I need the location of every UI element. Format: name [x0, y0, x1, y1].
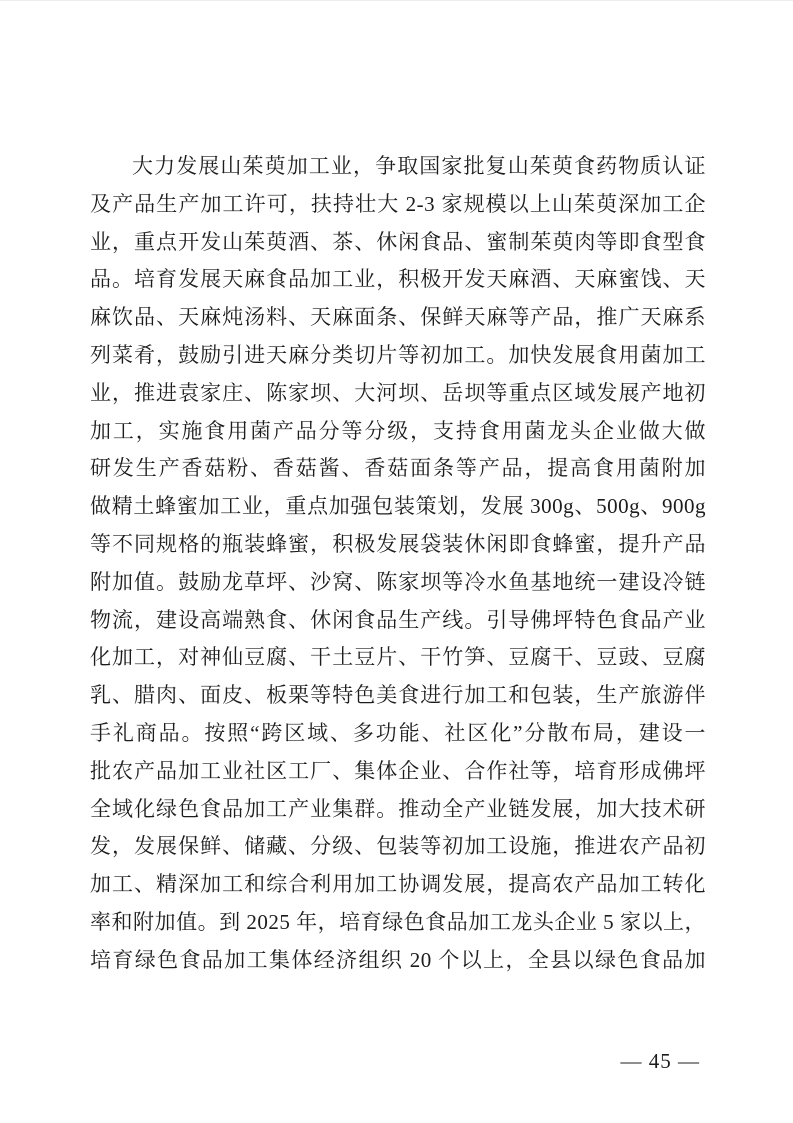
paragraph-line: 麻饮品、天麻炖汤料、天麻面条、保鲜天麻等产品，推广天麻系: [90, 299, 706, 337]
paragraph-line: 大力发展山茱萸加工业，争取国家批复山茱萸食药物质认证: [90, 148, 706, 186]
document-page: 大力发展山茱萸加工业，争取国家批复山茱萸食药物质认证及产品生产加工许可，扶持壮大…: [0, 0, 793, 1123]
paragraph-line: 及产品生产加工许可，扶持壮大 2-3 家规模以上山茱萸深加工企: [90, 186, 706, 224]
paragraph-line: 发，发展保鲜、储藏、分级、包装等初加工设施，推进农产品初: [90, 828, 706, 866]
paragraph-line: 手礼商品。按照“跨区域、多功能、社区化”分散布局，建设一: [90, 715, 706, 753]
paragraph-line: 乳、腊肉、面皮、板栗等特色美食进行加工和包装，生产旅游伴: [90, 677, 706, 715]
paragraph-line: 全域化绿色食品加工产业集群。推动全产业链发展，加大技术研: [90, 791, 706, 829]
paragraph-line: 业，重点开发山茱萸酒、茶、休闲食品、蜜制茱萸肉等即食型食: [90, 224, 706, 262]
paragraph-line: 研发生产香菇粉、香菇酱、香菇面条等产品，提高食用菌附加值。: [90, 450, 706, 488]
paragraph-line: 附加值。鼓励龙草坪、沙窝、陈家坝等冷水鱼基地统一建设冷链: [90, 564, 706, 602]
paragraph-line: 等不同规格的瓶装蜂蜜，积极发展袋装休闲即食蜂蜜，提升产品: [90, 526, 706, 564]
paragraph-line: 品。培育发展天麻食品加工业，积极开发天麻酒、天麻蜜饯、天: [90, 261, 706, 299]
paragraph-line: 加工、精深加工和综合利用加工协调发展，提高农产品加工转化: [90, 866, 706, 904]
page-number: — 45 —: [621, 1049, 701, 1073]
paragraph-line: 培育绿色食品加工集体经济组织 20 个以上，全县以绿色食品加: [90, 942, 706, 980]
paragraph-line: 业，推进袁家庄、陈家坝、大河坝、岳坝等重点区域发展产地初: [90, 375, 706, 413]
paragraph-line: 列菜肴，鼓励引进天麻分类切片等初加工。加快发展食用菌加工: [90, 337, 706, 375]
paragraph-line: 加工，实施食用菌产品分等分级，支持食用菌龙头企业做大做强，: [90, 413, 706, 451]
body-paragraph: 大力发展山茱萸加工业，争取国家批复山茱萸食药物质认证及产品生产加工许可，扶持壮大…: [90, 148, 706, 980]
paragraph-line: 批农产品加工业社区工厂、集体企业、合作社等，培育形成佛坪: [90, 753, 706, 791]
paragraph-line: 化加工，对神仙豆腐、干土豆片、干竹笋、豆腐干、豆豉、豆腐: [90, 639, 706, 677]
paragraph-line: 做精土蜂蜜加工业，重点加强包装策划，发展 300g、500g、900g: [90, 488, 706, 526]
paragraph-line: 率和附加值。到 2025 年，培育绿色食品加工龙头企业 5 家以上，: [90, 904, 706, 942]
paragraph-line: 物流，建设高端熟食、休闲食品生产线。引导佛坪特色食品产业: [90, 602, 706, 640]
